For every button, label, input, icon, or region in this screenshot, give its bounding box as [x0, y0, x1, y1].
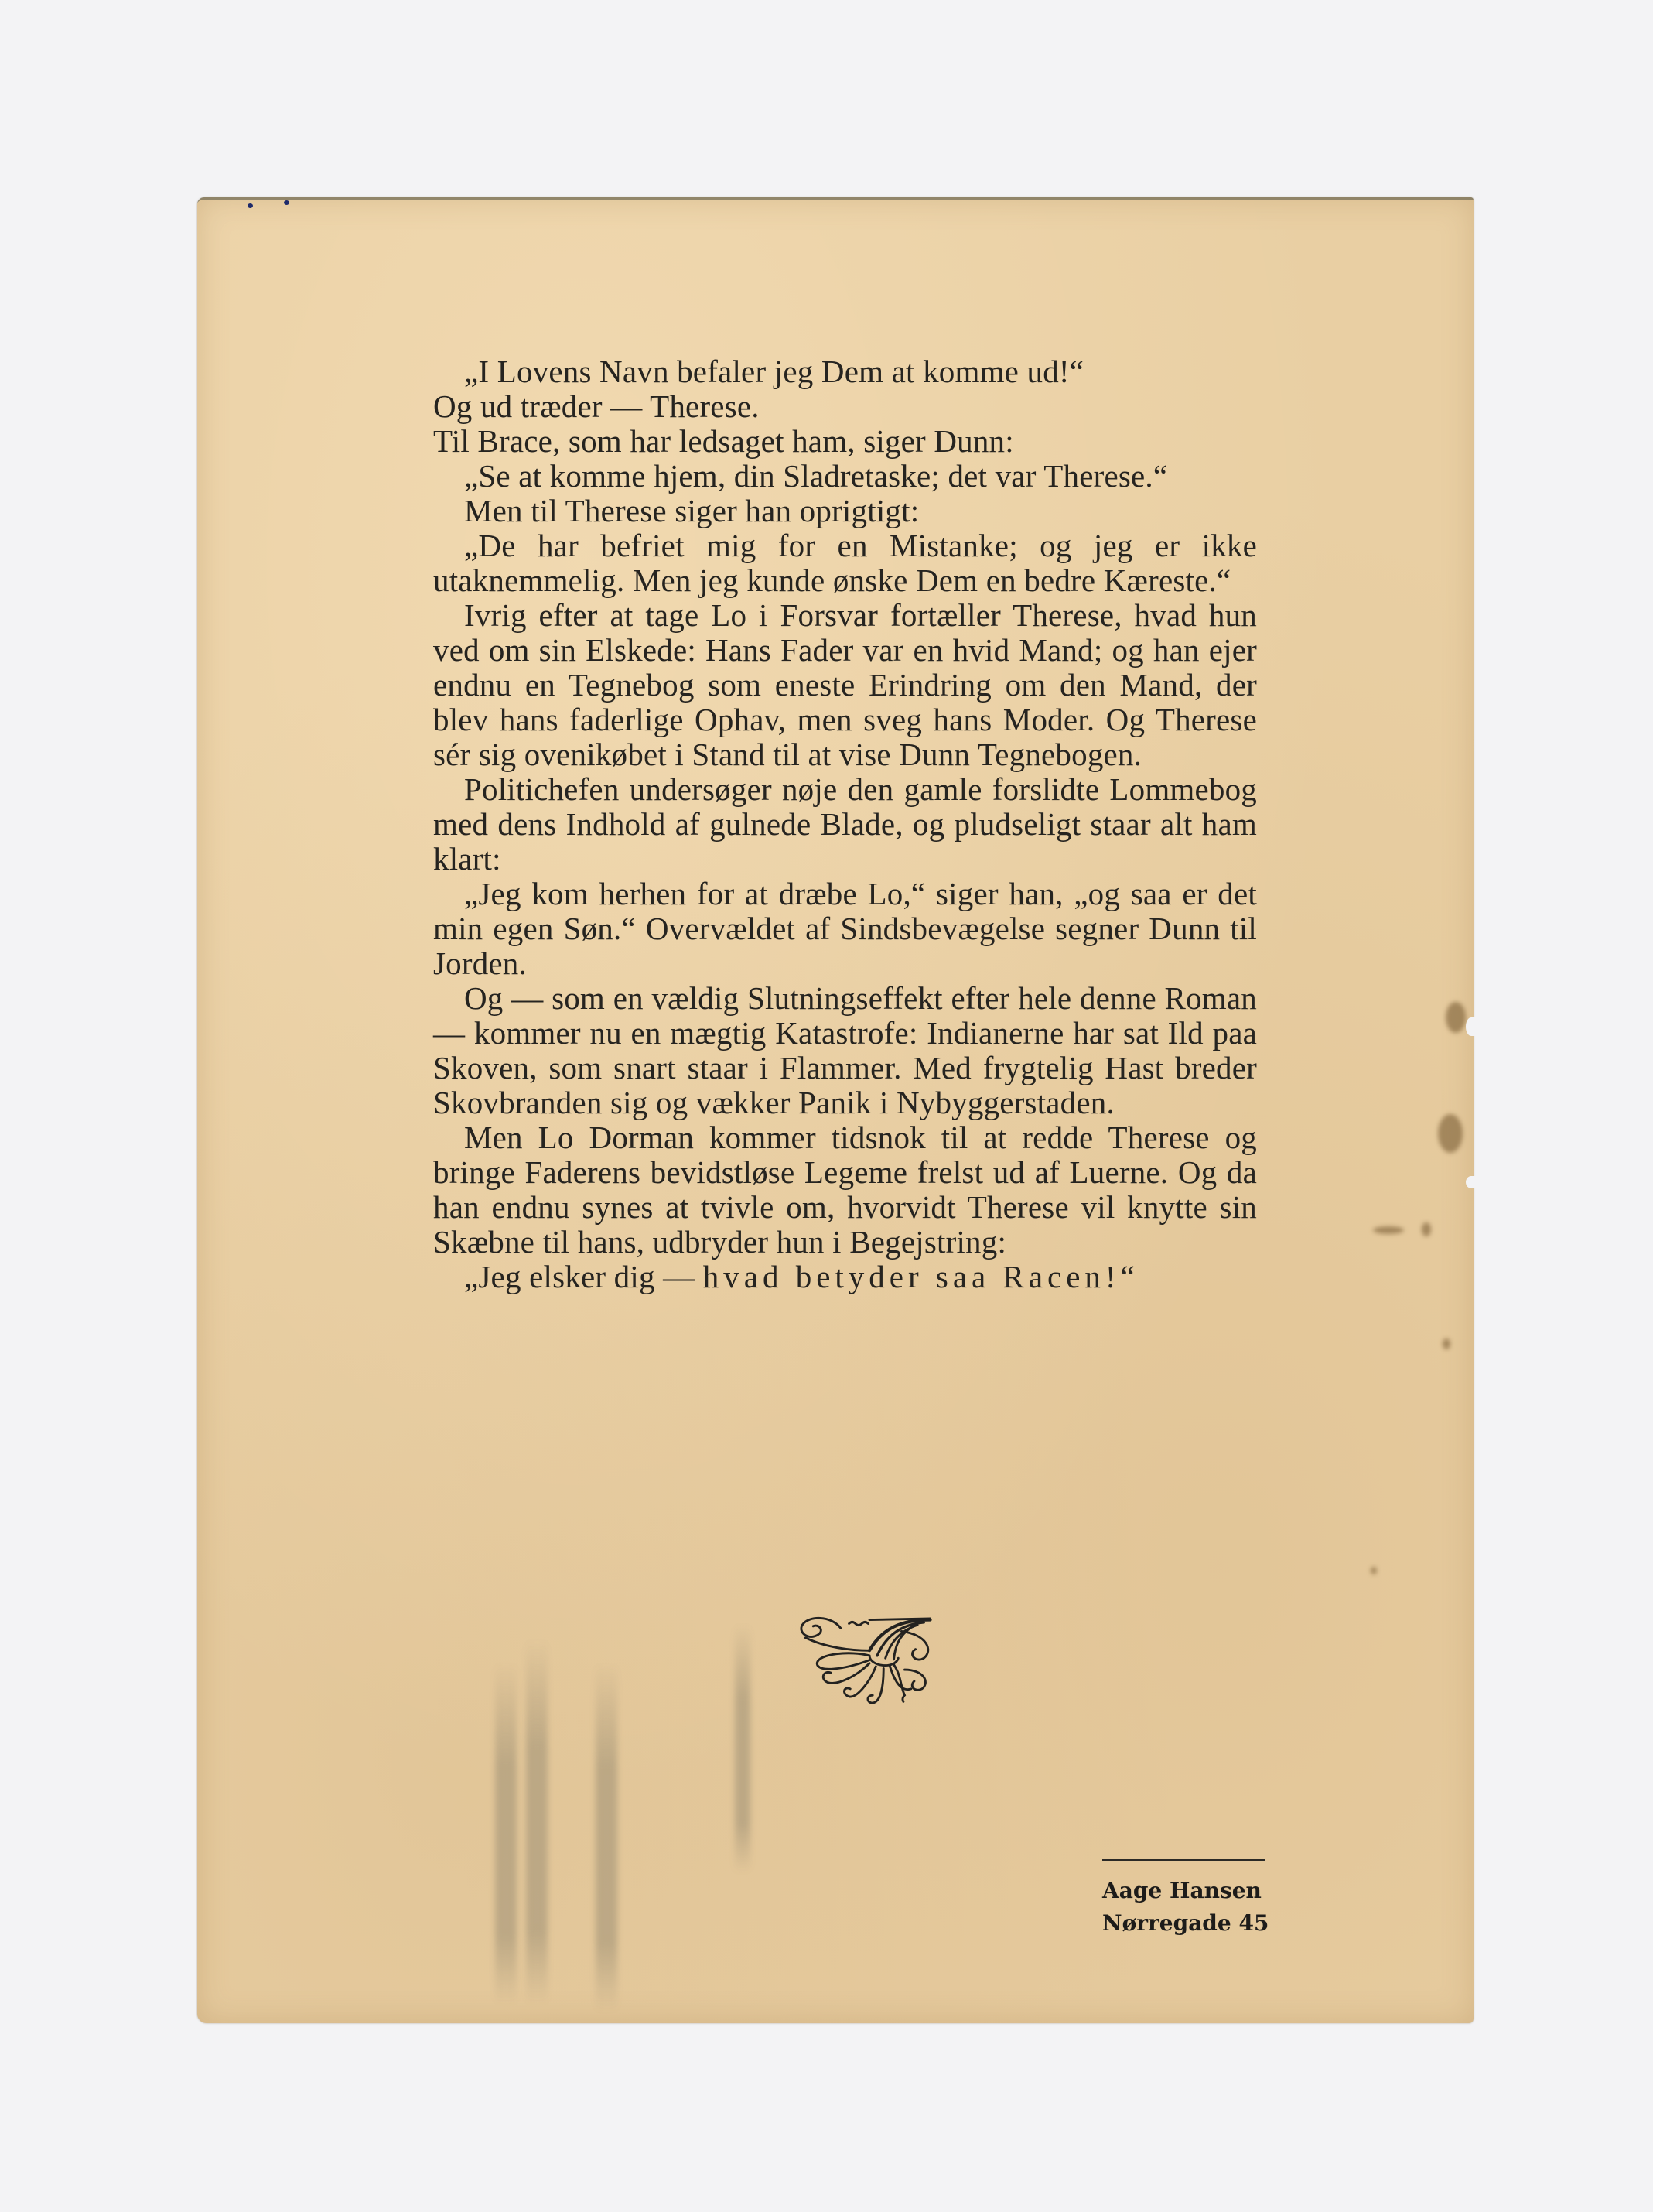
paragraph: Og ud træder — Therese. [433, 389, 1257, 424]
stain [1446, 1002, 1466, 1033]
stain [1373, 1226, 1404, 1234]
final-exclamation: „Jeg elsker dig — hvad betyder saa Racen… [433, 1260, 1257, 1294]
show-through-streak [526, 1640, 548, 2004]
floral-flourish-ornament-icon [774, 1578, 940, 1710]
stain [1443, 1338, 1450, 1349]
paragraph: „De har befriet mig for en Mistanke; og … [433, 528, 1257, 598]
show-through-streak [495, 1663, 517, 2004]
stamp-address: Nørregade 45 [1102, 1907, 1269, 1940]
stain [1438, 1114, 1463, 1153]
show-through-streak [596, 1663, 617, 2012]
stamp-name: Aage Hansen [1102, 1875, 1269, 1907]
paragraph: Men Lo Dorman kommer tidsnok til at redd… [433, 1120, 1257, 1260]
ink-speck [248, 203, 253, 208]
stain [1422, 1222, 1431, 1236]
final-exclamation-spaced: hvad betyder saa Racen!“ [703, 1259, 1139, 1294]
ink-speck [284, 200, 289, 205]
final-exclamation-plain: „Jeg elsker dig — [464, 1259, 703, 1294]
stain [1371, 1567, 1377, 1574]
edge-tear [1466, 1017, 1477, 1036]
show-through-streak [735, 1625, 750, 1872]
paragraph: Til Brace, som har ledsaget ham, siger D… [433, 424, 1257, 459]
paragraph: Ivrig efter at tage Lo i Forsvar fortæll… [433, 598, 1257, 772]
paragraph: Og — som en vældig Slutningseffekt efter… [433, 981, 1257, 1120]
owner-stamp: Aage Hansen Nørregade 45 [1102, 1859, 1269, 1940]
paragraph: Politichefen undersøger nøje den gamle f… [433, 772, 1257, 877]
paragraph: „Jeg kom herhen for at dræbe Lo,“ siger … [433, 877, 1257, 981]
paragraph: Men til Therese siger han oprigtigt: [433, 494, 1257, 528]
paper-top-edge [197, 197, 1474, 204]
paragraph: „I Lovens Navn befaler jeg Dem at komme … [433, 354, 1257, 389]
edge-tear [1466, 1176, 1477, 1188]
paragraph: „Se at komme hjem, din Sladretaske; det … [433, 459, 1257, 494]
stamp-rule [1102, 1859, 1265, 1861]
body-text: „I Lovens Navn befaler jeg Dem at komme … [433, 354, 1257, 1294]
